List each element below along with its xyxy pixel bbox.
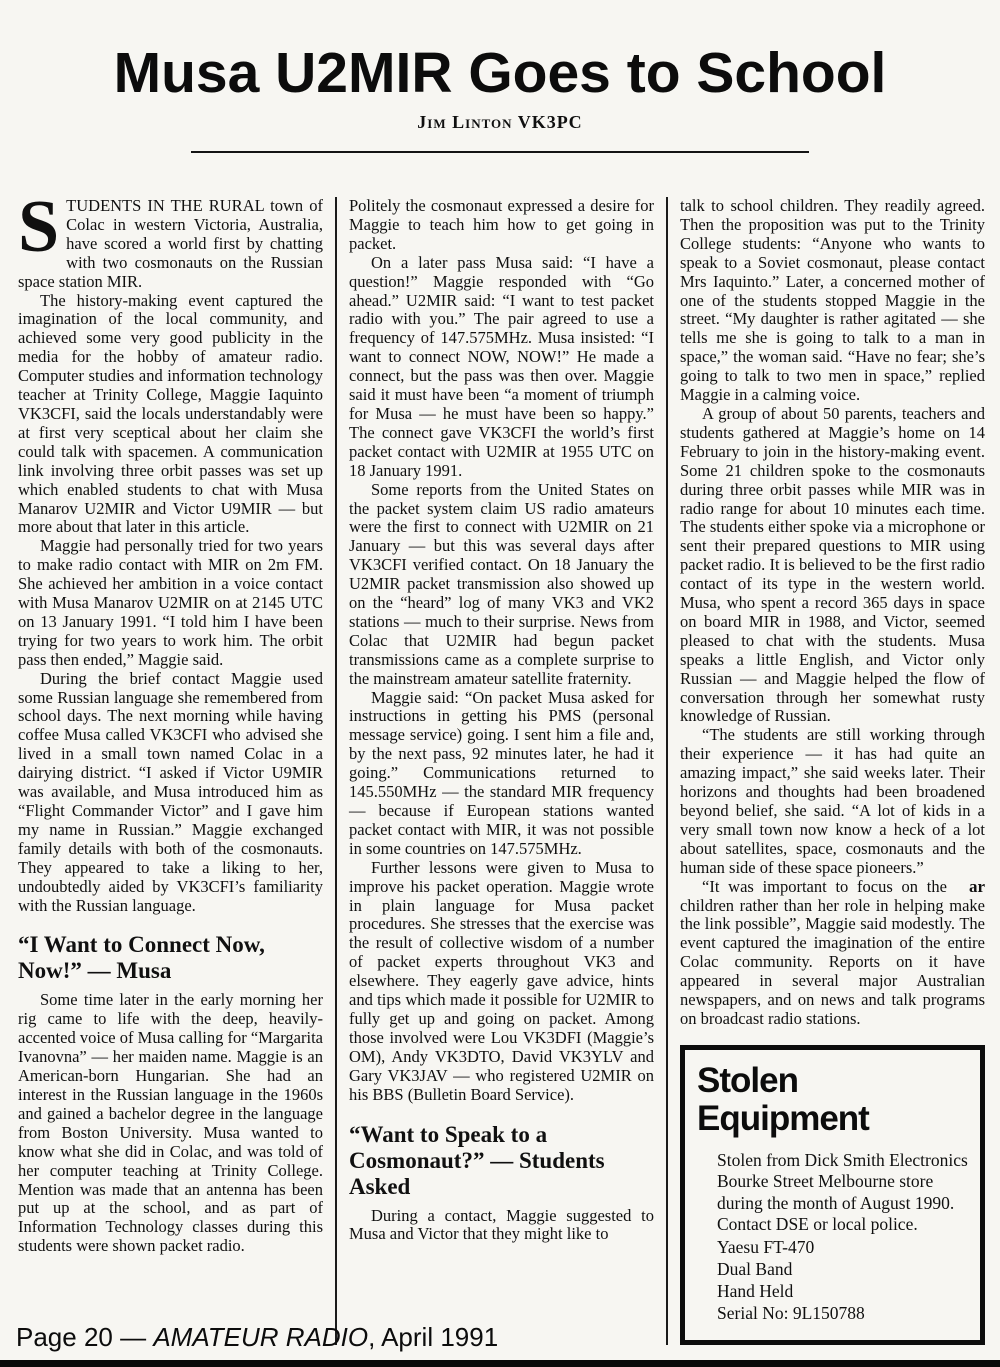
column-rule-right [666,197,668,1345]
column-1: S TUDENTS IN THE RURAL town of Colac in … [18,197,323,1345]
page-edge-bar [0,1360,1000,1367]
magazine-page: Musa U2MIR Goes to School Jim Linton VK3… [0,0,1000,1367]
stolen-box-body: Stolen from Dick Smith Electronics Bourk… [717,1150,970,1236]
paragraph: talk to school children. They readily ag… [680,197,985,405]
article-masthead: Musa U2MIR Goes to School Jim Linton VK3… [0,0,1000,153]
footer-magazine-name: AMATEUR RADIO [153,1322,368,1352]
paragraph: “The students are still working through … [680,726,985,877]
paragraph: A group of about 50 parents, teachers an… [680,405,985,726]
stolen-box-title: Stolen Equipment [697,1062,970,1138]
footer-page-label: Page 20 — [16,1322,153,1352]
paragraph-with-endmark: ar “It was important to focus on the chi… [680,878,985,1029]
paragraph: Further lessons were given to Musa to im… [349,859,654,1105]
stolen-item-type: Hand Held [717,1280,970,1302]
stolen-item-band: Dual Band [717,1258,970,1280]
article-columns: S TUDENTS IN THE RURAL town of Colac in … [18,197,985,1345]
paragraph: On a later pass Musa said: “I have a que… [349,254,654,481]
paragraph: During a contact, Maggie suggested to Mu… [349,1207,654,1245]
section-heading-speak-to-cosmonaut: “Want to Speak to a Cosmonaut?” — Studen… [349,1122,654,1200]
paragraph: Maggie said: “On packet Musa asked for i… [349,689,654,859]
stolen-equipment-box: Stolen Equipment Stolen from Dick Smith … [680,1045,985,1345]
paragraph: The history-making event captured the im… [18,292,323,538]
stolen-item-serial: Serial No: 9L150788 [717,1302,970,1324]
paragraph: Some time later in the early morning her… [18,991,323,1256]
paragraph: Maggie had personally tried for two year… [18,537,323,669]
end-of-article-marker: ar [947,878,985,897]
drop-cap: S [18,197,66,255]
column-2: Politely the cosmonaut expressed a desir… [349,197,654,1345]
article-title: Musa U2MIR Goes to School [0,42,1000,104]
stolen-item-model: Yaesu FT-470 [717,1236,970,1258]
paragraph-text: “It was important to focus on the childr… [680,877,985,1028]
column-3: talk to school children. They readily ag… [680,197,985,1345]
column-rule-left [335,197,337,1345]
masthead-rule [191,151,809,153]
paragraph: Some reports from the United States on t… [349,481,654,689]
article-byline: Jim Linton VK3PC [0,112,1000,133]
paragraph: During the brief contact Maggie used som… [18,670,323,916]
page-footer: Page 20 — AMATEUR RADIO, April 1991 [16,1322,498,1353]
lead-paragraph: S TUDENTS IN THE RURAL town of Colac in … [18,197,323,292]
section-heading-connect-now: “I Want to Connect Now, Now!” — Musa [18,932,323,984]
footer-issue: , April 1991 [368,1322,498,1352]
paragraph: Politely the cosmonaut expressed a desir… [349,197,654,254]
